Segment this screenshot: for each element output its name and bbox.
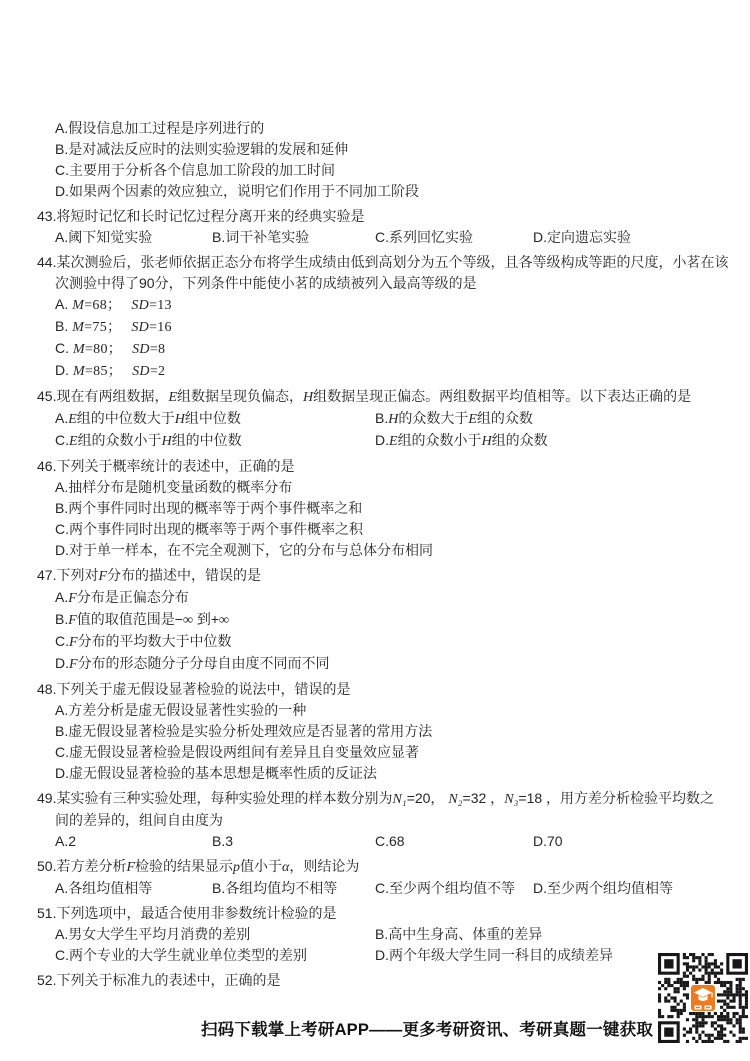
question-stem-line: 48.下列关于虚无假设显著检验的说法中，错误的是 <box>37 679 722 700</box>
option-d: D.至少两个组均值相等 <box>533 878 722 899</box>
question-49: 49.某实验有三种实验处理，每种实验处理的样本数分别为N₁=20， N₂=32 … <box>37 788 722 852</box>
option-c: C.两个专业的大学生就业单位类型的差别 <box>55 945 375 966</box>
options-vertical: A.M=68；SD=13B.M=75；SD=16C.M=80；SD=8D.M=8… <box>37 294 722 382</box>
option-a: A.阈下知觉实验 <box>55 227 212 248</box>
option-d: D.70 <box>533 831 722 852</box>
options-row: A.阈下知觉实验B.词干补笔实验C.系列回忆实验D.定向遗忘实验 <box>37 227 722 248</box>
options-row: A.各组均值相等B.各组均值均不相等C.至少两个组均值不等D.至少两个组均值相等 <box>37 878 722 899</box>
option-b: B.虚无假设显著检验是实验分析处理效应是否显著的常用方法 <box>37 721 722 742</box>
options-row: A.2B.3C.68D.70 <box>37 831 722 852</box>
option-d: D.F分布的形态随分子分母自由度不同而不同 <box>37 653 722 675</box>
question-48: 48.下列关于虚无假设显著检验的说法中，错误的是A.方差分析是虚无假设显著性实验… <box>37 679 722 784</box>
question-stem-line: 50.若方差分析F检验的结果显示p值小于α，则结论为 <box>37 856 722 878</box>
option-b: B.F值的取值范围是−∞ 到+∞ <box>37 609 722 631</box>
option-d: D.如果两个因素的效应独立，说明它们作用于不同加工阶段 <box>37 181 722 202</box>
footer-banner-text: 扫码下载掌上考研APP——更多考研资讯、考研真题一键获取 <box>201 1016 653 1040</box>
option-a: A.2 <box>55 831 212 852</box>
question-stem-line: 45.现在有两组数据，E组数据呈现负偏态，H组数据呈现正偏态。两组数据平均值相等… <box>37 386 722 408</box>
options-vertical: A.假设信息加工过程是序列进行的B.是对减法反应时的法则实验逻辑的发展和延伸C.… <box>37 118 722 202</box>
option-a: A.各组均值相等 <box>55 878 212 899</box>
option-d: D.对于单一样本，在不完全观测下，它的分布与总体分布相同 <box>37 540 722 561</box>
option-d: D.虚无假设显著检验的基本思想是概率性质的反证法 <box>37 763 722 784</box>
question-stem-line: 46.下列关于概率统计的表述中，正确的是 <box>37 456 722 477</box>
question-43: 43.将短时记忆和长时记忆过程分离开来的经典实验是A.阈下知觉实验B.词干补笔实… <box>37 206 722 248</box>
option-a: A.抽样分布是随机变量函数的概率分布 <box>37 477 722 498</box>
question-stem-line: 52.下列关于标准九的表述中，正确的是 <box>37 970 722 991</box>
question-50: 50.若方差分析F检验的结果显示p值小于α，则结论为A.各组均值相等B.各组均值… <box>37 856 722 899</box>
exam-paper-page: A.假设信息加工过程是序列进行的B.是对减法反应时的法则实验逻辑的发展和延伸C.… <box>0 0 750 1061</box>
option-b: B.各组均值均不相等 <box>212 878 375 899</box>
option-c: C.至少两个组均值不等 <box>375 878 533 899</box>
option-b: B.词干补笔实验 <box>212 227 375 248</box>
option-c: C.M=80；SD=8 <box>37 338 722 360</box>
option-a: A.方差分析是虚无假设显著性实验的一种 <box>37 700 722 721</box>
qr-center-logo <box>691 985 715 1011</box>
question-52: 52.下列关于标准九的表述中，正确的是 <box>37 970 722 991</box>
option-d: D.E组的众数小于H组的众数 <box>375 430 722 452</box>
question-stem-line: 49.某实验有三种实验处理，每种实验处理的样本数分别为N₁=20， N₂=32 … <box>37 788 722 810</box>
option-a: A.假设信息加工过程是序列进行的 <box>37 118 722 139</box>
question-stem-line: 次测验中得了90分，下列条件中能使小茗的成绩被列入最高等级的是 <box>37 273 722 294</box>
option-d: D.M=85；SD=2 <box>37 360 722 382</box>
options-grid: A.E组的中位数大于H组中位数B.H的众数大于E组的众数C.E组的众数小于H组的… <box>37 408 722 452</box>
option-c: C.主要用于分析各个信息加工阶段的加工时间 <box>37 160 722 181</box>
question-stem-line: 43.将短时记忆和长时记忆过程分离开来的经典实验是 <box>37 206 722 227</box>
option-a: A.F分布是正偏态分布 <box>37 587 722 609</box>
option-b: B.H的众数大于E组的众数 <box>375 408 722 430</box>
option-c: C.虚无假设显著检验是假设两组间有差异且自变量效应显著 <box>37 742 722 763</box>
option-c: C.两个事件同时出现的概率等于两个事件概率之积 <box>37 519 722 540</box>
questions-area: A.假设信息加工过程是序列进行的B.是对减法反应时的法则实验逻辑的发展和延伸C.… <box>37 114 722 991</box>
option-a: A.男女大学生平均月消费的差别 <box>55 924 375 945</box>
options-vertical: A.抽样分布是随机变量函数的概率分布B.两个事件同时出现的概率等于两个事件概率之… <box>37 477 722 561</box>
option-c: C.68 <box>375 831 533 852</box>
question-46: 46.下列关于概率统计的表述中，正确的是A.抽样分布是随机变量函数的概率分布B.… <box>37 456 722 561</box>
option-d: D.定向遗忘实验 <box>533 227 722 248</box>
option-a: A.E组的中位数大于H组中位数 <box>55 408 375 430</box>
question-stem-line: 51.下列选项中，最适合使用非参数统计检验的是 <box>37 903 722 924</box>
app-download-qr-code <box>658 953 748 1043</box>
option-c: C.F分布的平均数大于中位数 <box>37 631 722 653</box>
option-b: B.是对减法反应时的法则实验逻辑的发展和延伸 <box>37 139 722 160</box>
question-stem-line: 47.下列对F分布的描述中，错误的是 <box>37 565 722 587</box>
question-45: 45.现在有两组数据，E组数据呈现负偏态，H组数据呈现正偏态。两组数据平均值相等… <box>37 386 722 452</box>
option-b: B.M=75；SD=16 <box>37 316 722 338</box>
option-b: B.3 <box>212 831 375 852</box>
options-vertical: A.F分布是正偏态分布B.F值的取值范围是−∞ 到+∞C.F分布的平均数大于中位… <box>37 587 722 675</box>
options-vertical: A.方差分析是虚无假设显著性实验的一种B.虚无假设显著检验是实验分析处理效应是否… <box>37 700 722 784</box>
options-grid: A.男女大学生平均月消费的差别B.高中生身高、体重的差异C.两个专业的大学生就业… <box>37 924 722 966</box>
option-b: B.两个事件同时出现的概率等于两个事件概率之和 <box>37 498 722 519</box>
question-stem-line: 间的差异的，组间自由度为 <box>37 810 722 831</box>
option-b: B.高中生身高、体重的差异 <box>375 924 722 945</box>
question-stem-line: 44.某次测验后，张老师依据正态分布将学生成绩由低到高划分为五个等级，且各等级构… <box>37 252 722 273</box>
question-42-options: A.假设信息加工过程是序列进行的B.是对减法反应时的法则实验逻辑的发展和延伸C.… <box>37 118 722 202</box>
question-47: 47.下列对F分布的描述中，错误的是A.F分布是正偏态分布B.F值的取值范围是−… <box>37 565 722 675</box>
question-44: 44.某次测验后，张老师依据正态分布将学生成绩由低到高划分为五个等级，且各等级构… <box>37 252 722 382</box>
option-c: C.E组的众数小于H组的中位数 <box>55 430 375 452</box>
question-51: 51.下列选项中，最适合使用非参数统计检验的是A.男女大学生平均月消费的差别B.… <box>37 903 722 966</box>
option-a: A.M=68；SD=13 <box>37 294 722 316</box>
option-c: C.系列回忆实验 <box>375 227 533 248</box>
